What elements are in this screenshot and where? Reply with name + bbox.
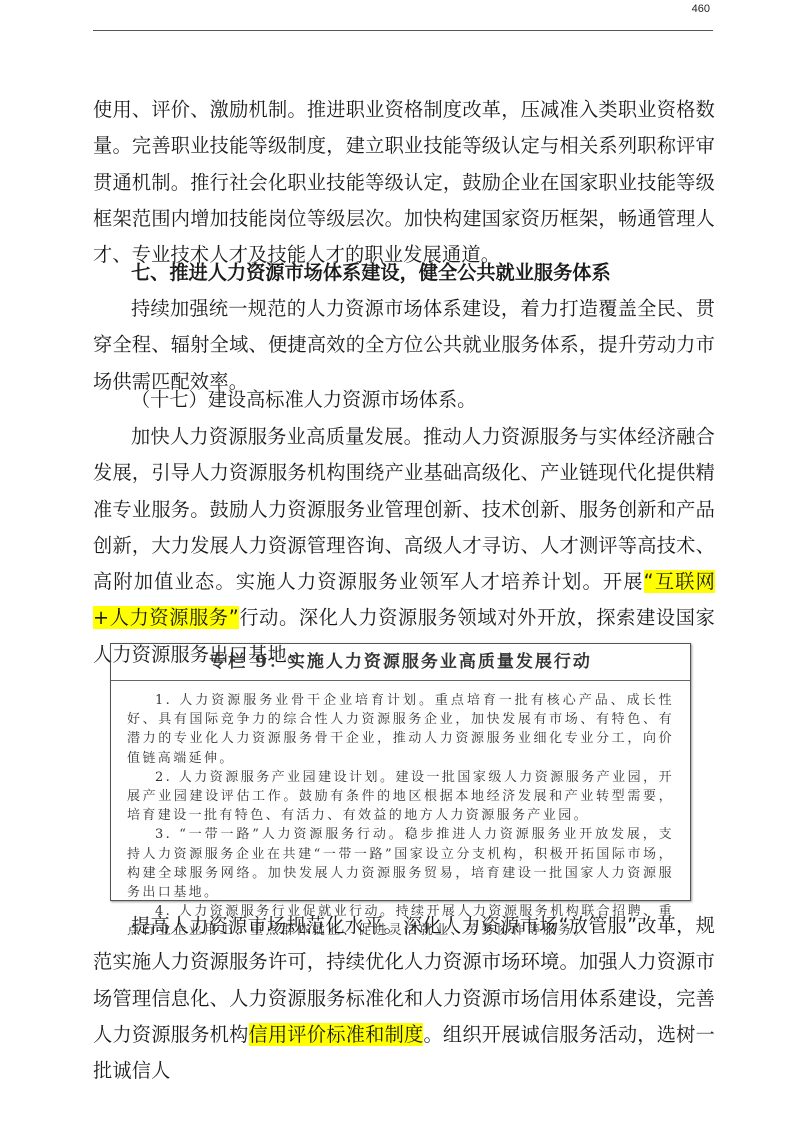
paragraph-text: 加快人力资源服务业高质量发展。推动人力资源服务与实体经济融合发展，引导人力资源服… [93,425,715,593]
column-box-9: 专栏 9：实施人力资源服务业高质量发展行动 1. 人力资源服务业骨干企业培育计划… [110,643,691,901]
box-item-3: 3. “一带一路”人力资源服务行动。稳步推进人力资源服务业开放发展，支持人力资源… [127,825,674,902]
box-item-1: 1. 人力资源服务业骨干企业培育计划。重点培育一批有核心产品、成长性好、具有国际… [127,691,674,768]
box-title: 专栏 9：实施人力资源服务业高质量发展行动 [111,644,690,681]
subsection-heading: （十七）建设高标准人力资源市场体系。 [131,382,476,418]
box-item-2: 2. 人力资源服务产业园建设计划。建设一批国家级人力资源服务产业园，开展产业园建… [127,768,674,826]
section-heading: 七、推进人力资源市场体系建设，健全公共就业服务体系 [131,255,611,291]
highlighted-text: 信用评价标准和制度 [249,1023,424,1046]
paragraph-qualification-reform: 使用、评价、激励机制。推进职业资格制度改革，压减准入类职业资格数量。完善职业技能… [93,92,715,273]
paragraph-service-industry: 加快人力资源服务业高质量发展。推动人力资源服务与实体经济融合发展，引导人力资源服… [93,419,715,673]
box-body: 1. 人力资源服务业骨干企业培育计划。重点培育一批有核心产品、成长性好、具有国际… [111,681,690,941]
paragraph-market-regulation: 提高人力资源市场规范化水平。深化人力资源市场“放管服”改革，规范实施人力资源服务… [93,908,715,1089]
header-rule [93,30,713,31]
page-number: 460 [660,3,710,15]
